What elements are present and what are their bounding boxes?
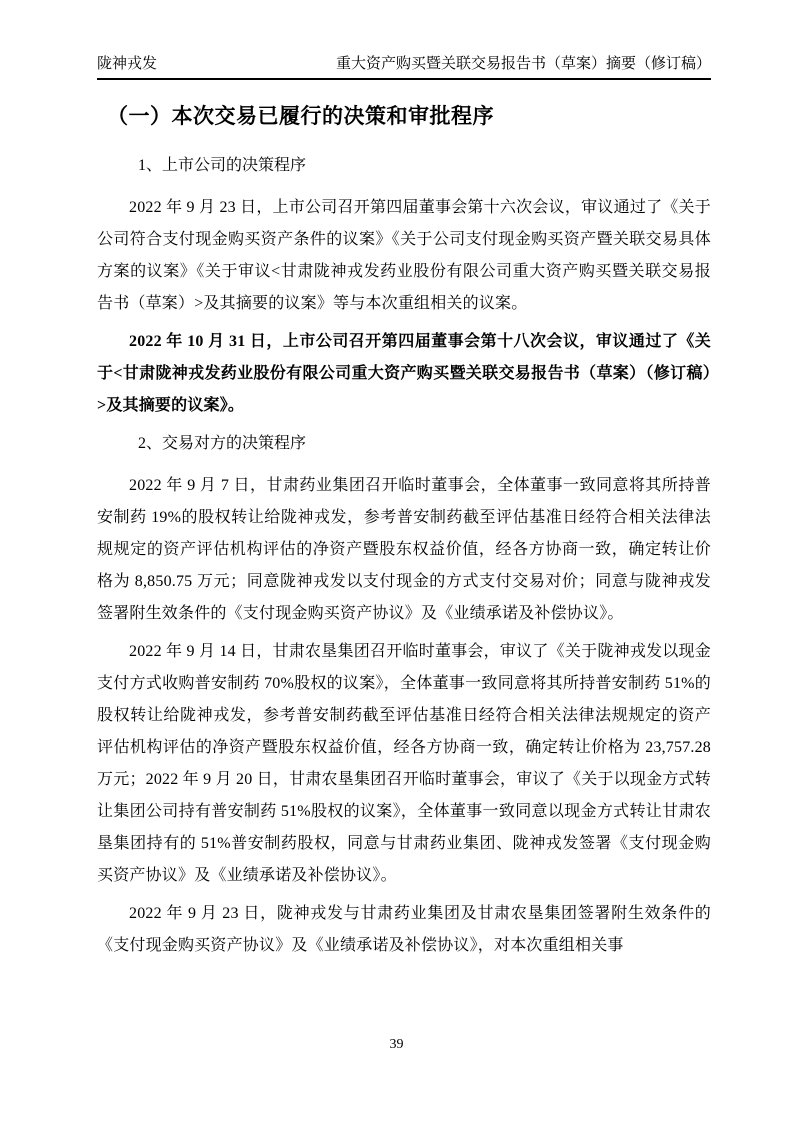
section-heading: （一）本次交易已履行的决策和审批程序 — [107, 101, 711, 132]
header-company-short-name: 陇神戎发 — [97, 55, 157, 73]
paragraph-pharma-group-sep7: 2022 年 9 月 7 日，甘肃药业集团召开临时董事会，全体董事一致同意将其所… — [97, 470, 711, 630]
paragraph-agreements-sep23: 2022 年 9 月 23 日，陇神戎发与甘肃药业集团及甘肃农垦集团签署附生效条… — [97, 898, 711, 962]
paragraph-board-meeting-sep23: 2022 年 9 月 23 日，上市公司召开第四届董事会第十六次会议，审议通过了… — [97, 192, 711, 320]
page-header: 陇神戎发 重大资产购买暨关联交易报告书（草案）摘要（修订稿） — [97, 55, 711, 80]
header-document-title: 重大资产购买暨关联交易报告书（草案）摘要（修订稿） — [336, 55, 711, 73]
document-body: （一）本次交易已履行的决策和审批程序 1、上市公司的决策程序 2022 年 9 … — [97, 101, 711, 968]
subsection-heading-2: 2、交易对方的决策程序 — [97, 428, 711, 460]
document-page: 陇神戎发 重大资产购买暨关联交易报告书（草案）摘要（修订稿） （一）本次交易已履… — [0, 0, 793, 1122]
paragraph-nongken-group-sep14: 2022 年 9 月 14 日，甘肃农垦集团召开临时董事会，审议了《关于陇神戎发… — [97, 636, 711, 892]
page-number: 39 — [390, 1037, 404, 1052]
page-footer: 39 — [0, 1036, 793, 1054]
paragraph-board-meeting-oct31-bold: 2022 年 10 月 31 日，上市公司召开第四届董事会第十八次会议，审议通过… — [97, 326, 711, 422]
subsection-heading-1: 1、上市公司的决策程序 — [97, 150, 711, 182]
